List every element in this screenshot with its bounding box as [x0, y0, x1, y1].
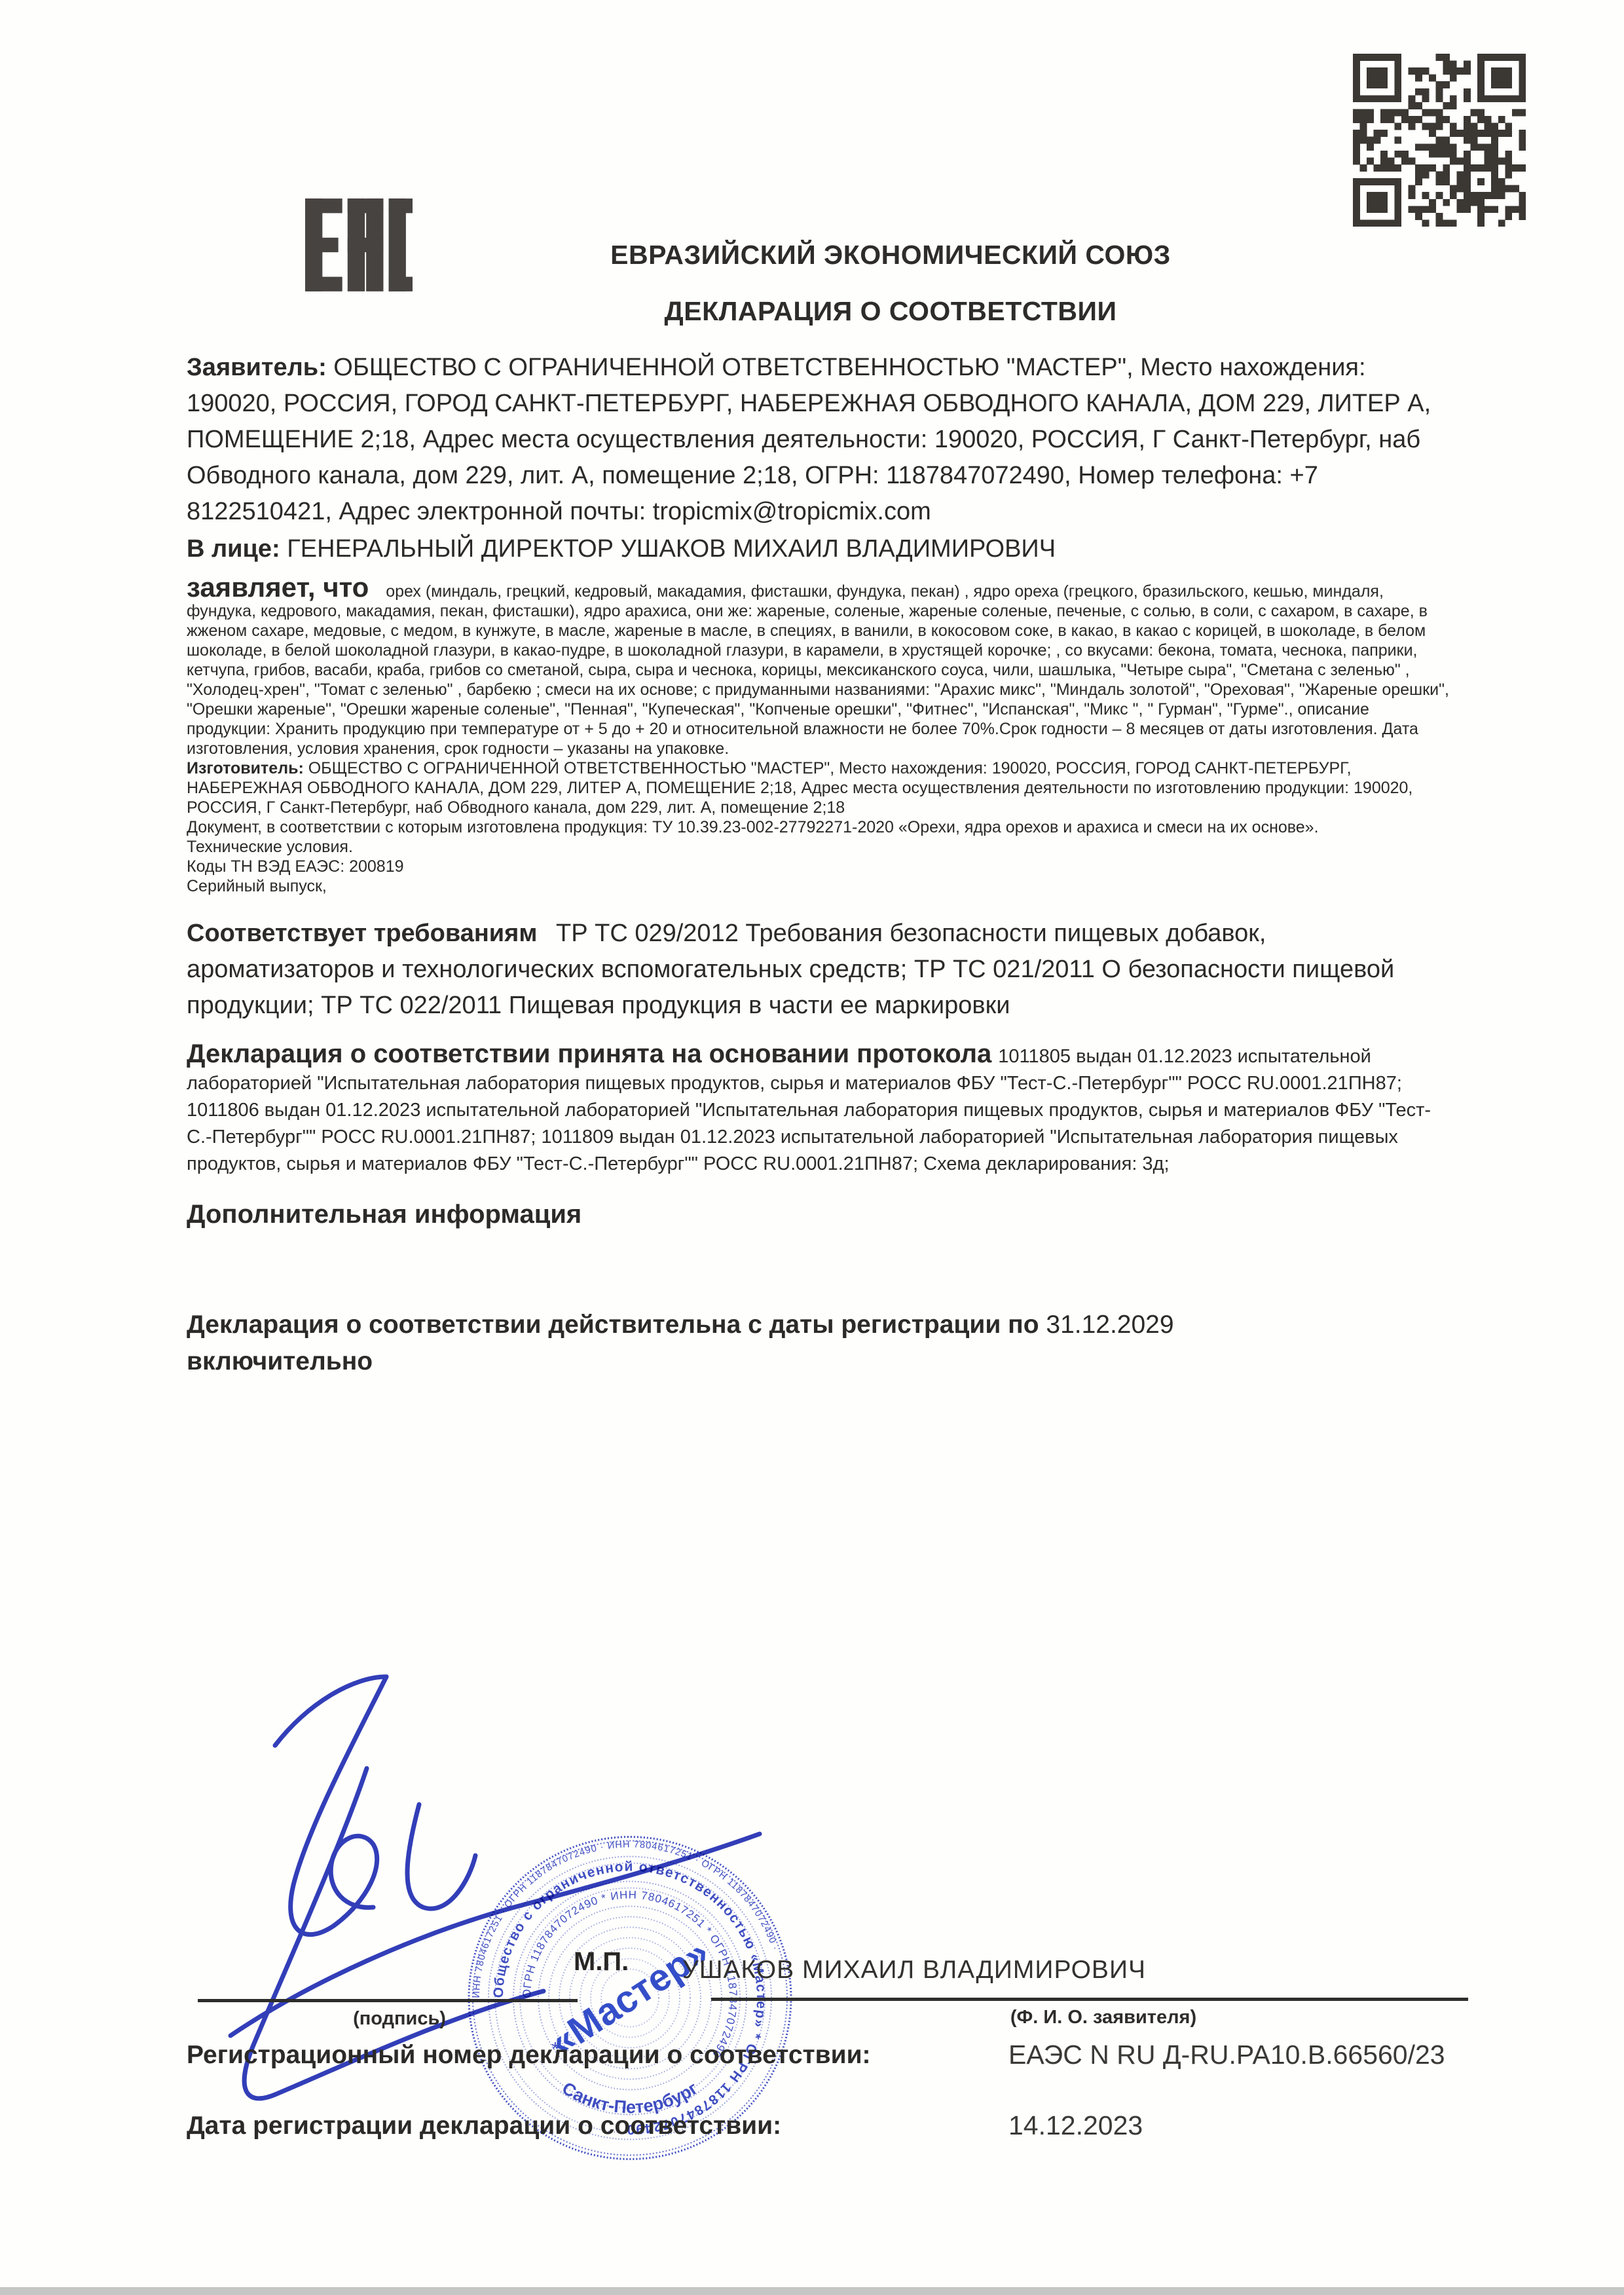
- manufacturer-line: Изготовитель: ОБЩЕСТВО С ОГРАНИЧЕННОЙ ОТ…: [187, 758, 1454, 817]
- signature-rule: [198, 1999, 578, 2002]
- applicant-label: Заявитель:: [187, 354, 327, 381]
- registration-number-label: Регистрационный номер декларации о соотв…: [187, 2041, 871, 2070]
- applicant-full-name: УШАКОВ МИХАИЛ ВЛАДИМИРОВИЧ: [682, 1956, 1146, 1985]
- qr-code-icon: [1353, 54, 1526, 227]
- applicant-text: ОБЩЕСТВО С ОГРАНИЧЕННОЙ ОТВЕТСТВЕННОСТЬЮ…: [187, 354, 1431, 525]
- in-person-label: В лице:: [187, 535, 280, 563]
- validity-suffix: включительно: [187, 1343, 1454, 1380]
- applicant-paragraph: Заявитель: ОБЩЕСТВО С ОГРАНИЧЕННОЙ ОТВЕТ…: [187, 350, 1454, 530]
- document-body: Заявитель: ОБЩЕСТВО С ОГРАНИЧЕННОЙ ОТВЕТ…: [187, 350, 1454, 1380]
- registration-date-value: 14.12.2023: [1008, 2110, 1143, 2141]
- validity-date: 31.12.2029: [1046, 1311, 1173, 1339]
- manufacturer-label: Изготовитель:: [187, 759, 304, 777]
- additional-info-heading: Дополнительная информация: [187, 1200, 1454, 1229]
- validity-prefix: Декларация о соответствии действительна …: [187, 1311, 1039, 1339]
- registration-date-label: Дата регистрации декларации о соответств…: [187, 2112, 781, 2140]
- name-caption: (Ф. И. О. заявителя): [956, 2007, 1251, 2028]
- serial-release-line: Серийный выпуск,: [187, 876, 1454, 896]
- declaration-page: ЕВРАЗИЙСКИЙ ЭКОНОМИЧЕСКИЙ СОЮЗ ДЕКЛАРАЦИ…: [0, 0, 1624, 2295]
- basis-paragraph: Декларация о соответствии принята на осн…: [187, 1041, 1454, 1178]
- declaration-title: ДЕКЛАРАЦИЯ О СООТВЕТСТВИИ: [341, 296, 1441, 327]
- in-person-text: ГЕНЕРАЛЬНЫЙ ДИРЕКТОР УШАКОВ МИХАИЛ ВЛАДИ…: [287, 535, 1056, 563]
- in-person-paragraph: В лице: ГЕНЕРАЛЬНЫЙ ДИРЕКТОР УШАКОВ МИХА…: [187, 531, 1454, 567]
- scan-edge: [0, 2287, 1624, 2295]
- tech-conditions-line: Технические условия.: [187, 837, 1454, 857]
- name-rule: [711, 1998, 1468, 2001]
- registration-number-value: ЕАЭС N RU Д-RU.РА10.В.66560/23: [1008, 2040, 1445, 2070]
- document-titles: ЕВРАЗИЙСКИЙ ЭКОНОМИЧЕСКИЙ СОЮЗ ДЕКЛАРАЦИ…: [341, 240, 1441, 327]
- signature-caption: (подпись): [298, 2008, 501, 2030]
- union-title: ЕВРАЗИЙСКИЙ ЭКОНОМИЧЕСКИЙ СОЮЗ: [341, 240, 1441, 271]
- declares-label: заявляет, что: [187, 572, 386, 603]
- validity-line: Декларация о соответствии действительна …: [187, 1307, 1454, 1343]
- production-document-line: Документ, в соответствии с которым изгот…: [187, 817, 1454, 837]
- basis-label: Декларация о соответствии принята на осн…: [187, 1039, 998, 1068]
- compliance-label: Соответствует требованиям: [187, 920, 549, 947]
- tnved-codes-line: Коды ТН ВЭД ЕАЭС: 200819: [187, 857, 1454, 876]
- product-description: орех (миндаль, грецкий, кедровый, макада…: [187, 582, 1449, 758]
- compliance-paragraph: Соответствует требованиям ТР ТС 029/2012…: [187, 916, 1454, 1024]
- stamp-place-mark: М.П.: [574, 1947, 629, 1977]
- declaration-statement: заявляет, чтоорех (миндаль, грецкий, кед…: [187, 578, 1454, 896]
- manufacturer-text: ОБЩЕСТВО С ОГРАНИЧЕННОЙ ОТВЕТСТВЕННОСТЬЮ…: [187, 759, 1412, 817]
